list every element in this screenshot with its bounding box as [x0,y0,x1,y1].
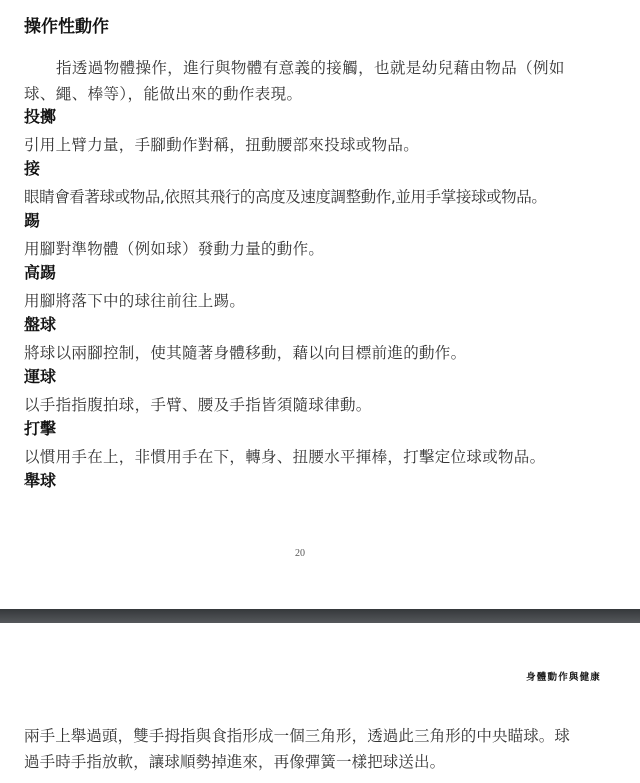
paragraph-line: 過手時手指放軟，讓球順勢掉進來，再像彈簧一樣把球送出。 [24,749,594,775]
document-page-21: 身體動作與健康 兩手上舉過頭，雙手拇指與食指形成一個三角形，透過此三角形的中央瞄… [0,623,640,783]
term-description: 眼睛會看著球或物品,依照其飛行的高度及速度調整動作,並用手掌接球或物品。 [24,184,614,210]
term-description: 以手指指腹拍球，手臂、腰及手指皆須隨球律動。 [24,392,614,418]
page-number: 20 [0,548,600,559]
term-description: 引用上臂力量，手腳動作對稱，扭動腰部來投球或物品。 [24,132,614,158]
term-item-kick: 踢 用腳對準物體（例如球）發動力量的動作。 [24,210,614,262]
term-description: 用腳將落下中的球往前往上踢。 [24,288,614,314]
term-item-dribble-foot: 盤球 將球以兩腳控制，使其隨著身體移動，藉以向目標前進的動作。 [24,314,614,366]
term-description: 將球以兩腳控制，使其隨著身體移動，藉以向目標前進的動作。 [24,340,614,366]
term-heading: 踢 [24,210,614,236]
running-header: 身體動作與健康 [526,669,601,683]
term-description: 用腳對準物體（例如球）發動力量的動作。 [24,236,614,262]
intro-paragraph: 指透過物體操作，進行與物體有意義的接觸，也就是幼兒藉由物品（例如球、繩、棒等），… [24,55,584,107]
term-item-dribble-hand: 運球 以手指指腹拍球，手臂、腰及手指皆須隨球律動。 [24,366,614,418]
term-item-strike: 打擊 以慣用手在上，非慣用手在下，轉身、扭腰水平揮棒，打擊定位球或物品。 [24,418,614,470]
term-heading: 接 [24,158,614,184]
paragraph-line: 兩手上舉過頭，雙手拇指與食指形成一個三角形，透過此三角形的中央瞄球。球 [24,723,594,749]
document-page-20: 操作性動作 指透過物體操作，進行與物體有意義的接觸，也就是幼兒藉由物品（例如球、… [0,0,640,609]
continued-paragraph: 兩手上舉過頭，雙手拇指與食指形成一個三角形，透過此三角形的中央瞄球。球 過手時手… [24,723,594,775]
term-heading: 舉球 [24,470,614,496]
term-item-set-ball: 舉球 [24,470,614,496]
term-heading: 高踢 [24,262,614,288]
term-heading: 投擲 [24,106,614,132]
term-list: 投擲 引用上臂力量，手腳動作對稱，扭動腰部來投球或物品。 接 眼睛會看著球或物品… [24,106,614,496]
term-heading: 盤球 [24,314,614,340]
section-title: 操作性動作 [24,16,109,38]
term-description: 以慣用手在上，非慣用手在下，轉身、扭腰水平揮棒，打擊定位球或物品。 [24,444,614,470]
term-item-high-kick: 高踢 用腳將落下中的球往前往上踢。 [24,262,614,314]
term-heading: 運球 [24,366,614,392]
term-heading: 打擊 [24,418,614,444]
term-item-throw: 投擲 引用上臂力量，手腳動作對稱，扭動腰部來投球或物品。 [24,106,614,158]
term-item-catch: 接 眼睛會看著球或物品,依照其飛行的高度及速度調整動作,並用手掌接球或物品。 [24,158,614,210]
page-divider [0,609,640,623]
